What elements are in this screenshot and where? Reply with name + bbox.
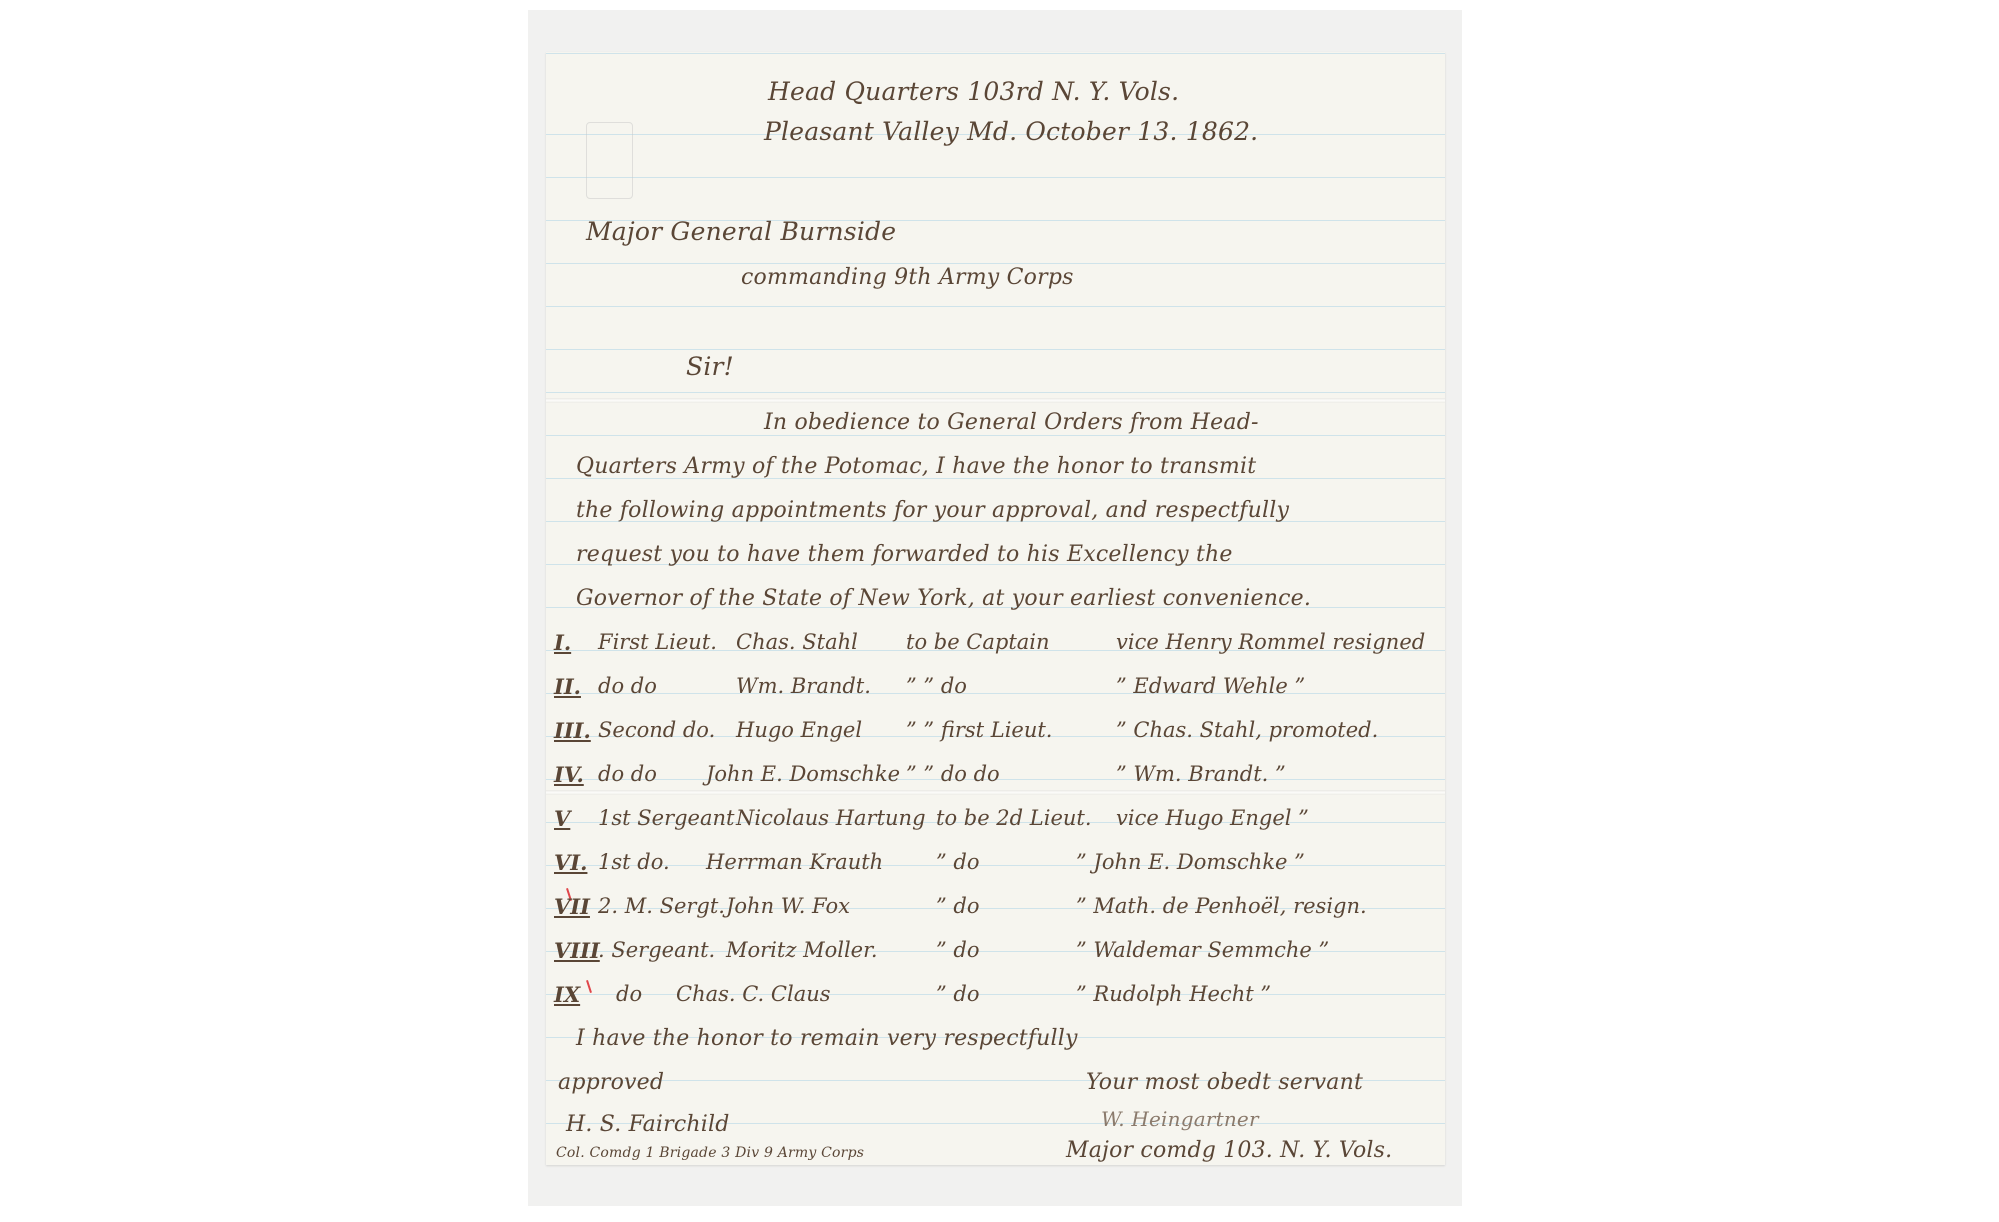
appointment-row: II. do do Wm. Brandt. ” ” do ” Edward We… [576, 674, 1425, 710]
fold-line-upper [546, 398, 1445, 403]
body-line-2: Quarters Army of the Potomac, I have the… [576, 454, 1256, 479]
closing-line: I have the honor to remain very respectf… [576, 1026, 1078, 1051]
body-line-4: request you to have them forwarded to hi… [576, 542, 1233, 567]
appointment-row: VIII . Sergeant. Moritz Moller. ” do ” W… [576, 938, 1425, 974]
body-line-5: Governor of the State of New York, at yo… [576, 586, 1311, 611]
signer-signature: W. Heingartner [1101, 1107, 1259, 1131]
appointment-row: IX do Chas. C. Claus ” do ” Rudolph Hech… [576, 982, 1425, 1018]
appointment-row: III. Second do. Hugo Engel ” ” first Lie… [576, 718, 1425, 754]
red-check-mark [586, 980, 592, 993]
letter-page: Head Quarters 103rd N. Y. Vols. Pleasant… [546, 52, 1445, 1165]
valediction: Your most obedt servant [1086, 1070, 1363, 1095]
salutation: Sir! [686, 352, 734, 381]
body-line-3: the following appointments for your appr… [576, 498, 1289, 523]
addressee-title: commanding 9th Army Corps [741, 265, 1074, 290]
appointment-row: V 1st Sergeant Nicolaus Hartung to be 2d… [576, 806, 1425, 842]
appointment-row: VI. 1st do. Herrman Krauth ” do ” John E… [576, 850, 1425, 886]
approval-signature: H. S. Fairchild [566, 1112, 730, 1137]
signer-title: Major comdg 103. N. Y. Vols. [1066, 1138, 1392, 1163]
appointment-row: VII 2. M. Sergt. John W. Fox ” do ” Math… [576, 894, 1425, 930]
body-line-1: In obedience to General Orders from Head… [764, 410, 1259, 435]
appointment-row: IV. do do John E. Domschke ” ” do do ” W… [576, 762, 1425, 798]
appointment-row: I. First Lieut. Chas. Stahl to be Captai… [576, 630, 1425, 666]
paper-emboss-mark [586, 122, 633, 199]
addressee-name: Major General Burnside [586, 217, 896, 246]
heading-line-2: Pleasant Valley Md. October 13. 1862. [764, 117, 1258, 146]
approval-label: approved [558, 1070, 664, 1095]
heading-line-1: Head Quarters 103rd N. Y. Vols. [768, 77, 1179, 106]
approval-title: Col. Comdg 1 Brigade 3 Div 9 Army Corps [556, 1145, 864, 1161]
